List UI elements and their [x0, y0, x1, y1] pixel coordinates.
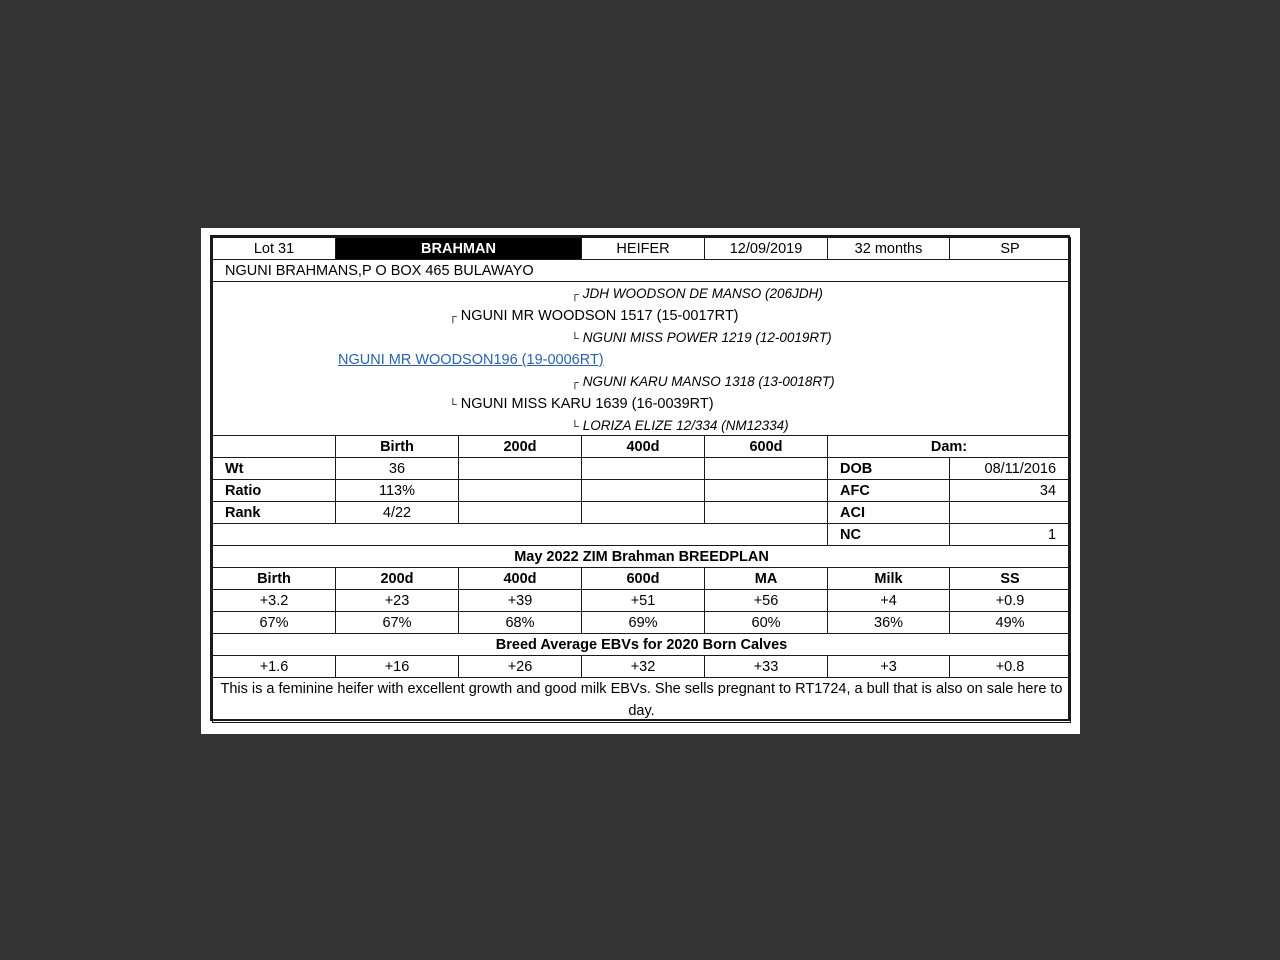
bracket-bottom-icon: └ — [571, 421, 579, 433]
lot-number: Lot 31 — [213, 238, 336, 260]
ebv-value: +0.9 — [950, 590, 1071, 612]
performance-value: 4/22 — [336, 502, 459, 524]
performance-value — [459, 480, 582, 502]
breed-average-value: +16 — [336, 656, 459, 678]
pedigree: ┌JDH WOODSON DE MANSO (206JDH) ┌NGUNI MR… — [213, 282, 1071, 436]
lot-card: Lot 31 BRAHMAN HEIFER 12/09/2019 32 mont… — [201, 228, 1080, 734]
breed-average-row: +1.6 +16 +26 +32 +33 +3 +0.8 — [213, 656, 1071, 678]
dam-label: ACI — [828, 502, 950, 524]
breed-average-value: +33 — [705, 656, 828, 678]
breeder-row: NGUNI BRAHMANS,P O BOX 465 BULAWAYO — [213, 260, 1071, 282]
performance-label: Rank — [213, 502, 336, 524]
breed-average-value: +26 — [459, 656, 582, 678]
performance-col-blank — [213, 436, 336, 458]
performance-row: Ratio 113% AFC 34 — [213, 480, 1071, 502]
breedplan-title: May 2022 ZIM Brahman BREEDPLAN — [213, 546, 1071, 568]
performance-value — [459, 458, 582, 480]
pedigree-dam: └NGUNI MISS KARU 1639 (16-0039RT) — [449, 394, 714, 415]
ebv-value: +4 — [828, 590, 950, 612]
bracket-bottom-icon: └ — [571, 333, 579, 345]
pedigree-sire: ┌NGUNI MR WOODSON 1517 (15-0017RT) — [449, 306, 739, 327]
ebv-col-ma: MA — [705, 568, 828, 590]
performance-value — [582, 458, 705, 480]
accuracy-row: 67% 67% 68% 69% 60% 36% 49% — [213, 612, 1071, 634]
performance-value — [705, 458, 828, 480]
ebv-col-birth: Birth — [213, 568, 336, 590]
ebv-value: +3.2 — [213, 590, 336, 612]
ebv-col-ss: SS — [950, 568, 1071, 590]
breedplan-header-row: Birth 200d 400d 600d MA Milk SS — [213, 568, 1071, 590]
performance-col-birth: Birth — [336, 436, 459, 458]
code-label: SP — [950, 238, 1071, 260]
bracket-top-icon: ┌ — [449, 311, 457, 323]
sex-label: HEIFER — [582, 238, 705, 260]
ebv-value: +39 — [459, 590, 582, 612]
dam-nc-row: NC 1 — [213, 524, 1071, 546]
performance-value: 113% — [336, 480, 459, 502]
ebv-col-400d: 400d — [459, 568, 582, 590]
breed-average-value: +0.8 — [950, 656, 1071, 678]
lot-table: Lot 31 BRAHMAN HEIFER 12/09/2019 32 mont… — [212, 237, 1071, 723]
dam-value: 34 — [950, 480, 1071, 502]
performance-row: Rank 4/22 ACI — [213, 502, 1071, 524]
blank-cell — [213, 524, 828, 546]
breeder-address: NGUNI BRAHMANS,P O BOX 465 BULAWAYO — [213, 260, 1071, 282]
age-label: 32 months — [828, 238, 950, 260]
pedigree-dam-dam: └LORIZA ELIZE 12/334 (NM12334) — [571, 416, 789, 436]
performance-value: 36 — [336, 458, 459, 480]
bracket-top-icon: ┌ — [571, 289, 579, 301]
performance-value — [705, 480, 828, 502]
breed-average-title-row: Breed Average EBVs for 2020 Born Calves — [213, 634, 1071, 656]
breed-average-value: +32 — [582, 656, 705, 678]
ebv-col-200d: 200d — [336, 568, 459, 590]
dam-value: 08/11/2016 — [950, 458, 1071, 480]
performance-label: Wt — [213, 458, 336, 480]
pedigree-animal-link[interactable]: NGUNI MR WOODSON196 (19-0006RT) — [338, 350, 604, 370]
breed-average-title: Breed Average EBVs for 2020 Born Calves — [213, 634, 1071, 656]
dam-value: 1 — [950, 524, 1071, 546]
accuracy-value: 68% — [459, 612, 582, 634]
pedigree-dam-sire: ┌NGUNI KARU MANSO 1318 (13-0018RT) — [571, 372, 835, 393]
accuracy-value: 49% — [950, 612, 1071, 634]
lot-sheet: Lot 31 BRAHMAN HEIFER 12/09/2019 32 mont… — [210, 235, 1070, 721]
dam-label: NC — [828, 524, 950, 546]
performance-col-200d: 200d — [459, 436, 582, 458]
dam-label: DOB — [828, 458, 950, 480]
pedigree-sire-dam: └NGUNI MISS POWER 1219 (12-0019RT) — [571, 328, 832, 349]
comment-row: This is a feminine heifer with excellent… — [213, 678, 1071, 723]
performance-col-400d: 400d — [582, 436, 705, 458]
accuracy-value: 67% — [213, 612, 336, 634]
performance-value — [582, 480, 705, 502]
performance-value — [582, 502, 705, 524]
ebv-col-milk: Milk — [828, 568, 950, 590]
lot-header-row: Lot 31 BRAHMAN HEIFER 12/09/2019 32 mont… — [213, 238, 1071, 260]
accuracy-value: 69% — [582, 612, 705, 634]
accuracy-value: 67% — [336, 612, 459, 634]
breed-label: BRAHMAN — [336, 238, 582, 260]
pedigree-row: ┌JDH WOODSON DE MANSO (206JDH) ┌NGUNI MR… — [213, 282, 1071, 436]
pedigree-sire-sire: ┌JDH WOODSON DE MANSO (206JDH) — [571, 284, 823, 305]
ebv-value: +23 — [336, 590, 459, 612]
dam-label: AFC — [828, 480, 950, 502]
ebv-row: +3.2 +23 +39 +51 +56 +4 +0.9 — [213, 590, 1071, 612]
dam-title: Dam: — [828, 436, 1071, 458]
ebv-col-600d: 600d — [582, 568, 705, 590]
performance-row: Wt 36 DOB 08/11/2016 — [213, 458, 1071, 480]
lot-comment: This is a feminine heifer with excellent… — [213, 678, 1071, 723]
accuracy-value: 60% — [705, 612, 828, 634]
bracket-bottom-icon: └ — [449, 399, 457, 411]
birth-date: 12/09/2019 — [705, 238, 828, 260]
breed-average-value: +1.6 — [213, 656, 336, 678]
accuracy-value: 36% — [828, 612, 950, 634]
performance-value — [459, 502, 582, 524]
dam-value — [950, 502, 1071, 524]
ebv-value: +56 — [705, 590, 828, 612]
performance-value — [705, 502, 828, 524]
performance-header-row: Birth 200d 400d 600d Dam: — [213, 436, 1071, 458]
breed-average-value: +3 — [828, 656, 950, 678]
performance-label: Ratio — [213, 480, 336, 502]
performance-col-600d: 600d — [705, 436, 828, 458]
bracket-top-icon: ┌ — [571, 377, 579, 389]
breedplan-title-row: May 2022 ZIM Brahman BREEDPLAN — [213, 546, 1071, 568]
ebv-value: +51 — [582, 590, 705, 612]
